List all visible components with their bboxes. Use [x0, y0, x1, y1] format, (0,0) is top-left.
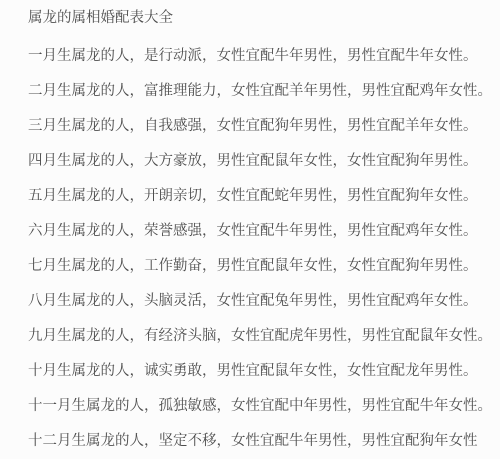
page-title: 属龙的属相婚配表大全: [28, 10, 484, 26]
entry-month-10: 十月生属龙的人，诚实勇敢，男性宜配鼠年女性，女性宜配龙年男性。: [28, 363, 484, 379]
entry-month-3: 三月生属龙的人，自我感强，女性宜配狗年男性，男性宜配羊年女性。: [28, 118, 484, 134]
entry-month-4: 四月生属龙的人，大方豪放，男性宜配鼠年女性，女性宜配狗年男性。: [28, 153, 484, 169]
entry-month-6: 六月生属龙的人，荣誉感强，女性宜配牛年男性，男性宜配鸡年女性。: [28, 223, 484, 239]
entry-month-2: 二月生属龙的人，富推理能力，女性宜配羊年男性，男性宜配鸡年女性。: [28, 83, 484, 99]
entry-month-5: 五月生属龙的人，开朗亲切，女性宜配蛇年男性，男性宜配狗年女性。: [28, 188, 484, 204]
article-body: 属龙的属相婚配表大全 一月生属龙的人，是行动派，女性宜配牛年男性，男性宜配牛年女…: [0, 0, 500, 449]
entry-month-11: 十一月生属龙的人，孤独敏感，女性宜配中年男性，男性宜配牛年女性。: [28, 398, 484, 414]
entry-month-12: 十二月生属龙的人，坚定不移，女性宜配牛年男性，男性宜配狗年女性: [28, 433, 484, 449]
entry-month-1: 一月生属龙的人，是行动派，女性宜配牛年男性，男性宜配牛年女性。: [28, 48, 484, 64]
entry-month-9: 九月生属龙的人，有经济头脑，女性宜配虎年男性，男性宜配鼠年女性。: [28, 328, 484, 344]
entry-month-8: 八月生属龙的人，头脑灵活，女性宜配兔年男性，男性宜配鸡年女性。: [28, 293, 484, 309]
entry-month-7: 七月生属龙的人，工作勤奋，男性宜配鼠年女性，女性宜配狗年男性。: [28, 258, 484, 274]
